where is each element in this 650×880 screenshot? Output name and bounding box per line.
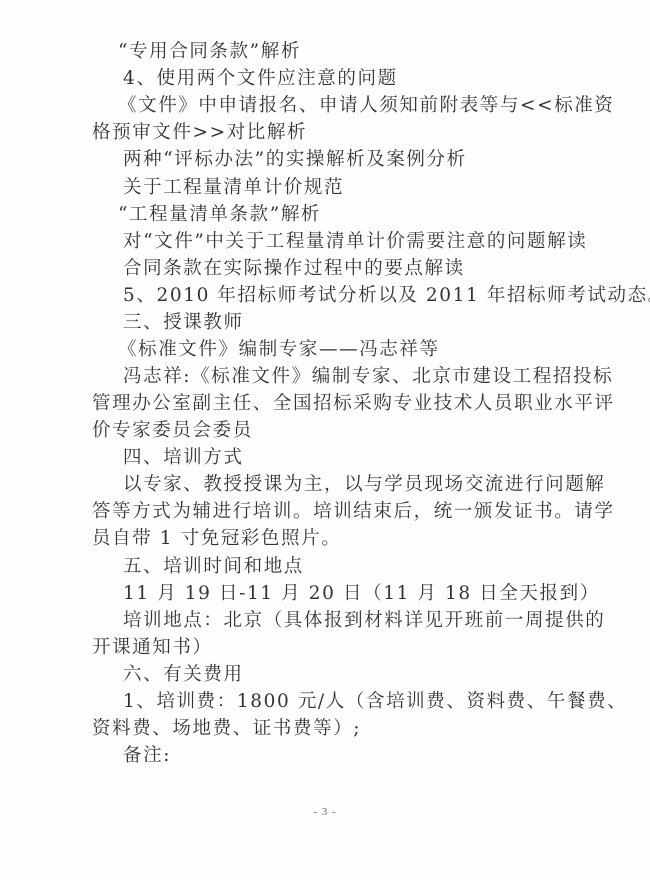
- section-heading-time-location: 五、培训时间和地点: [123, 556, 304, 578]
- page-number: - 3 -: [0, 806, 650, 818]
- document-page: “专用合同条款”解析 4、使用两个文件应注意的问题 《文件》中申请报名、申请人须…: [0, 0, 650, 880]
- remarks-label: 备注:: [123, 745, 171, 767]
- paragraph-line: 价专家委员会委员: [92, 420, 253, 442]
- paragraph-line: 对“文件”中关于工程量清单计价需要注意的问题解读: [123, 231, 587, 253]
- section-heading-instructors: 三、授课教师: [123, 312, 244, 334]
- training-dates: 11 月 19 日-11 月 20 日（11 月 18 日全天报到）: [123, 583, 600, 605]
- clause-special-contract-terms: “专用合同条款”解析: [118, 41, 301, 63]
- paragraph-line: 答等方式为辅进行培训。培训结束后，统一颁发证书。请学: [92, 501, 615, 523]
- paragraph-line: 员自带 1 寸免冠彩色照片。: [92, 528, 341, 550]
- section-item-4-heading: 4、使用两个文件应注意的问题: [123, 68, 398, 90]
- paragraph-line: 以专家、教授授课为主，以与学员现场交流进行问题解: [123, 474, 605, 496]
- paragraph-line: 格预审文件>>对比解析: [92, 122, 307, 144]
- paragraph-line: 关于工程量清单计价规范: [123, 177, 344, 199]
- paragraph-line: 《文件》中申请报名、申请人须知前附表等与<<标准资: [118, 95, 615, 117]
- paragraph-line: 资料费、场地费、证书费等）;: [92, 718, 361, 740]
- training-location: 培训地点：北京（具体报到材料详见开班前一周提供的: [123, 610, 605, 632]
- paragraph-line: 管理办公室副主任、全国招标采购专业技术人员职业水平评: [92, 393, 615, 415]
- paragraph-line: 《标准文件》编制专家——冯志祥等: [118, 339, 440, 361]
- section-item-5: 5、2010 年招标师考试分析以及 2011 年招标师考试动态。: [123, 285, 650, 307]
- paragraph-line: 开课通知书）: [92, 637, 213, 659]
- paragraph-line: 冯志祥:《标准文件》编制专家、北京市建设工程招投标: [123, 366, 613, 388]
- paragraph-line: “工程量清单条款”解析: [118, 204, 321, 226]
- training-fee: 1、培训费：1800 元/人（含培训费、资料费、午餐费、: [123, 691, 627, 713]
- section-heading-fees: 六、有关费用: [123, 664, 244, 686]
- paragraph-line: 两种“评标办法”的实操解析及案例分析: [123, 149, 467, 171]
- section-heading-training-method: 四、培训方式: [123, 447, 244, 469]
- paragraph-line: 合同条款在实际操作过程中的要点解读: [123, 258, 465, 280]
